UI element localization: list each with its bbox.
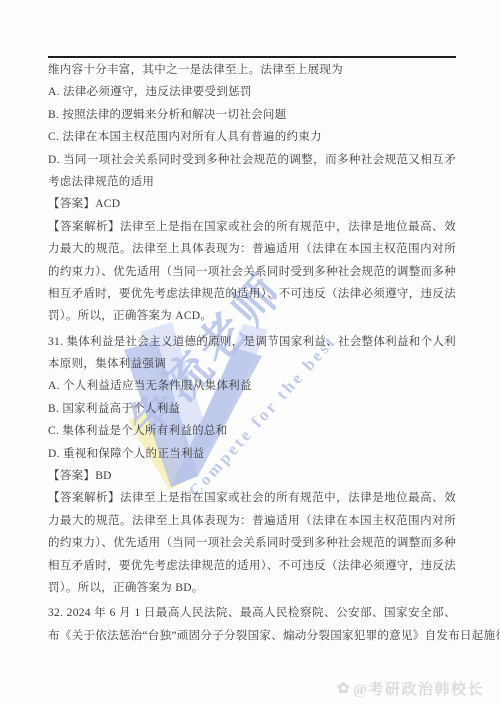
flower-logo-icon: ✿ (337, 679, 351, 698)
document-line: 罚）。所以，正确答案为 BD。 (48, 577, 456, 599)
document-line: 【答案解析】法律至上是指在国家或社会的所有规范中，法律是地位最高、效力最广、强制 (48, 216, 456, 238)
document-line: 【答案】BD (48, 465, 456, 487)
author-watermark: ✿ @考研政治韩校长 (337, 678, 484, 699)
document-line: 31. 集体利益是社会主义道德的原则，是调节国家利益、社会整体利益和个人利益关系… (48, 331, 456, 353)
document-line: 罚）。所以，正确答案为 ACD。 (48, 305, 456, 327)
document-line: B. 按照法律的逻辑来分析和解决一切社会问题 (48, 104, 456, 126)
page-top-rule (48, 56, 456, 58)
document-line: D. 当同一项社会关系同时受到多种社会规范的调整，而多种社会规范又相互矛盾时，要… (48, 149, 456, 171)
author-watermark-text: @考研政治韩校长 (353, 678, 484, 699)
document-line: 考虑法律规范的适用 (48, 171, 456, 193)
document-page: 争流老师 Compete for the best 维内容十分丰富，其中之一是法… (0, 0, 500, 706)
document-line: 的约束力）、优先适用（当同一项社会关系同时受到多种社会规范的调整而多种社会规范又 (48, 261, 456, 283)
document-content: 维内容十分丰富，其中之一是法律至上。法律至上展现为A. 法律必须遵守，违反法律要… (48, 59, 456, 647)
document-line: C. 集体利益是个人所有利益的总和 (48, 420, 456, 442)
document-line: 相互矛盾时，要优先考虑法律规范的适用）、不可违反（法律必须遵守，违反法律要受到惩 (48, 555, 456, 577)
document-line: 力最大的规范。法律至上具体表现为：普遍适用（法律在本国主权范围内对所有人具有普遍 (48, 238, 456, 260)
document-line: A. 个人利益适应当无条件服从集体利益 (48, 375, 456, 397)
document-line: 布《关于依法惩治“台独”顽固分子分裂国家、煽动分裂国家犯罪的意见》自发布日起施行… (48, 625, 456, 647)
document-line: 本原则，集体利益强调 (48, 353, 456, 375)
document-line: D. 重视和保障个人的正当利益 (48, 443, 456, 465)
document-line: 相互矛盾时，要优先考虑法律规范的适用）、不可违反（法律必须遵守，违反法律要受到惩 (48, 283, 456, 305)
document-line: 的约束力）、优先适用（当同一项社会关系同时受到多种社会规范的调整而多种社会规范又 (48, 532, 456, 554)
document-line: A. 法律必须遵守，违反法律要受到惩罚 (48, 81, 456, 103)
document-line: B. 国家利益高于个人利益 (48, 398, 456, 420)
document-line: 【答案】ACD (48, 193, 456, 215)
document-line: 维内容十分丰富，其中之一是法律至上。法律至上展现为 (48, 59, 456, 81)
document-line: 力最大的规范。法律至上具体表现为：普遍适用（法律在本国主权范围内对所有人具有普遍 (48, 510, 456, 532)
document-line: 【答案解析】法律至上是指在国家或社会的所有规范中，法律是地位最高、效力最广、强制 (48, 487, 456, 509)
document-line: C. 法律在本国主权范围内对所有人具有普遍的约束力 (48, 126, 456, 148)
document-line: 32. 2024 年 6 月 1 日最高人民法院、最高人民检察院、公安部、国家安… (48, 602, 456, 624)
